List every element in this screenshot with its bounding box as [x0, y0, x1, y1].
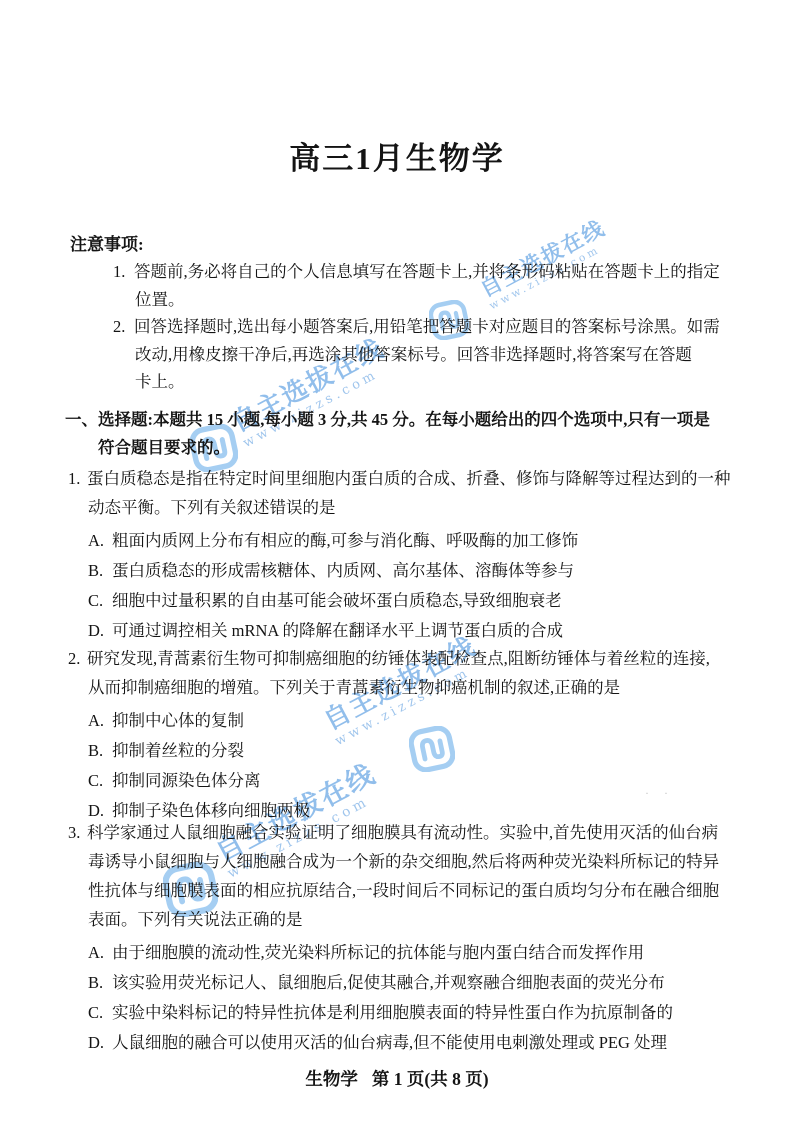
option-c: C.抑制同源染色体分离	[68, 766, 710, 796]
notice-item-2: 2.回答选择题时,选出每小题答案后,用铅笔把答题卡对应题目的答案标号涂黑。如需 …	[113, 313, 720, 396]
question-stem-line: 从而抑制癌细胞的增殖。下列关于青蒿素衍生物抑癌机制的叙述,正确的是	[68, 673, 710, 702]
notice-text: 改动,用橡皮擦干净后,再选涂其他答案标号。回答非选择题时,将答案写在答题	[113, 341, 720, 369]
option-label: B.	[88, 556, 112, 586]
section-line: 符合题目要求的。	[65, 434, 710, 462]
notice-line: 2.回答选择题时,选出每小题答案后,用铅笔把答题卡对应题目的答案标号涂黑。如需	[113, 313, 720, 341]
question-2: 2.研究发现,青蒿素衍生物可抑制癌细胞的纺锤体装配检查点,阻断纺锤体与着丝粒的连…	[68, 644, 710, 826]
question-stem-line: 3.科学家通过人鼠细胞融合实验证明了细胞膜具有流动性。实验中,首先使用灭活的仙台…	[68, 818, 719, 847]
exam-page: 自主选拔在线 www.zizzs.com 自主选拔在线 www.zizzs.co…	[0, 0, 794, 1123]
question-number: 2.	[68, 644, 87, 673]
option-text: 抑制中心体的复制	[112, 711, 244, 730]
option-label: C.	[88, 586, 112, 616]
question-stem-line: 2.研究发现,青蒿素衍生物可抑制癌细胞的纺锤体装配检查点,阻断纺锤体与着丝粒的连…	[68, 644, 710, 673]
option-a: A.粗面内质网上分布有相应的酶,可参与消化酶、呼吸酶的加工修饰	[68, 526, 731, 556]
option-text: 可通过调控相关 mRNA 的降解在翻译水平上调节蛋白质的合成	[112, 621, 563, 640]
notice-text: 答题前,务必将自己的个人信息填写在答题卡上,并将条形码粘贴在答题卡上的指定	[134, 262, 720, 281]
question-stem-line: 1.蛋白质稳态是指在特定时间里细胞内蛋白质的合成、折叠、修饰与降解等过程达到的一…	[68, 464, 731, 493]
option-text: 实验中染料标记的特异性抗体是利用细胞膜表面的特异性蛋白作为抗原制备的	[112, 1003, 673, 1022]
option-text: 蛋白质稳态的形成需核糖体、内质网、高尔基体、溶酶体等参与	[112, 561, 574, 580]
question-stem-line: 性抗体与细胞膜表面的相应抗原结合,一段时间后不同标记的蛋白质均匀分布在融合细胞	[68, 876, 719, 905]
question-stem-line: 表面。下列有关说法正确的是	[68, 905, 719, 934]
stem-text: 研究发现,青蒿素衍生物可抑制癌细胞的纺锤体装配检查点,阻断纺锤体与着丝粒的连接,	[87, 649, 710, 668]
section-line: 一、选择题:本题共 15 小题,每小题 3 分,共 45 分。在每小题给出的四个…	[65, 406, 710, 434]
option-b: B.该实验用荧光标记人、鼠细胞后,促使其融合,并观察融合细胞表面的荧光分布	[68, 968, 719, 998]
question-number: 1.	[68, 464, 87, 493]
notice-line: 1.答题前,务必将自己的个人信息填写在答题卡上,并将条形码粘贴在答题卡上的指定	[113, 258, 720, 286]
notice-text: 回答选择题时,选出每小题答案后,用铅笔把答题卡对应题目的答案标号涂黑。如需	[134, 317, 720, 336]
option-a: A.抑制中心体的复制	[68, 706, 710, 736]
option-text: 抑制同源染色体分离	[112, 771, 261, 790]
section-header: 一、选择题:本题共 15 小题,每小题 3 分,共 45 分。在每小题给出的四个…	[65, 406, 710, 461]
option-list: A.由于细胞膜的流动性,荧光染料所标记的抗体能与胞内蛋白结合而发挥作用 B.该实…	[68, 938, 719, 1058]
stem-text: 蛋白质稳态是指在特定时间里细胞内蛋白质的合成、折叠、修饰与降解等过程达到的一种	[87, 469, 731, 488]
option-list: A.粗面内质网上分布有相应的酶,可参与消化酶、呼吸酶的加工修饰 B.蛋白质稳态的…	[68, 526, 731, 646]
option-text: 抑制着丝粒的分裂	[112, 741, 244, 760]
option-d: D.人鼠细胞的融合可以使用灭活的仙台病毒,但不能使用电刺激处理或 PEG 处理	[68, 1028, 719, 1058]
option-label: B.	[88, 968, 112, 998]
option-text: 人鼠细胞的融合可以使用灭活的仙台病毒,但不能使用电刺激处理或 PEG 处理	[112, 1033, 667, 1052]
question-number: 3.	[68, 818, 87, 847]
page-footer: 生物学第 1 页(共 8 页)	[0, 1066, 794, 1091]
option-list: A.抑制中心体的复制 B.抑制着丝粒的分裂 C.抑制同源染色体分离 D.抑制子染…	[68, 706, 710, 826]
option-label: C.	[88, 766, 112, 796]
footer-page-info: 第 1 页(共 8 页)	[372, 1069, 489, 1089]
option-text: 由于细胞膜的流动性,荧光染料所标记的抗体能与胞内蛋白结合而发挥作用	[112, 943, 644, 962]
notice-item-number: 1.	[113, 258, 134, 286]
option-label: B.	[88, 736, 112, 766]
option-d: D.可通过调控相关 mRNA 的降解在翻译水平上调节蛋白质的合成	[68, 616, 731, 646]
notice-text: 位置。	[113, 286, 720, 314]
notice-heading: 注意事项:	[70, 230, 144, 255]
option-b: B.抑制着丝粒的分裂	[68, 736, 710, 766]
page-title: 高三1月生物学	[0, 133, 794, 178]
question-stem-line: 动态平衡。下列有关叙述错误的是	[68, 493, 731, 522]
option-label: D.	[88, 1028, 112, 1058]
option-text: 粗面内质网上分布有相应的酶,可参与消化酶、呼吸酶的加工修饰	[112, 531, 578, 550]
option-c: C.细胞中过量积累的自由基可能会破坏蛋白质稳态,导致细胞衰老	[68, 586, 731, 616]
notice-item-1: 1.答题前,务必将自己的个人信息填写在答题卡上,并将条形码粘贴在答题卡上的指定 …	[113, 258, 720, 313]
option-a: A.由于细胞膜的流动性,荧光染料所标记的抗体能与胞内蛋白结合而发挥作用	[68, 938, 719, 968]
option-label: A.	[88, 706, 112, 736]
stem-text: 科学家通过人鼠细胞融合实验证明了细胞膜具有流动性。实验中,首先使用灭活的仙台病	[87, 823, 718, 842]
option-b: B.蛋白质稳态的形成需核糖体、内质网、高尔基体、溶酶体等参与	[68, 556, 731, 586]
question-3: 3.科学家通过人鼠细胞融合实验证明了细胞膜具有流动性。实验中,首先使用灭活的仙台…	[68, 818, 719, 1058]
option-label: C.	[88, 998, 112, 1028]
option-c: C.实验中染料标记的特异性抗体是利用细胞膜表面的特异性蛋白作为抗原制备的	[68, 998, 719, 1028]
option-label: D.	[88, 616, 112, 646]
option-text: 细胞中过量积累的自由基可能会破坏蛋白质稳态,导致细胞衰老	[112, 591, 562, 610]
question-1: 1.蛋白质稳态是指在特定时间里细胞内蛋白质的合成、折叠、修饰与降解等过程达到的一…	[68, 464, 731, 646]
option-label: A.	[88, 526, 112, 556]
notice-text: 卡上。	[113, 368, 720, 396]
footer-subject: 生物学	[305, 1069, 358, 1089]
option-label: A.	[88, 938, 112, 968]
notice-item-number: 2.	[113, 313, 134, 341]
option-text: 该实验用荧光标记人、鼠细胞后,促使其融合,并观察融合细胞表面的荧光分布	[112, 973, 665, 992]
question-stem-line: 毒诱导小鼠细胞与人细胞融合成为一个新的杂交细胞,然后将两种荧光染料所标记的特异	[68, 847, 719, 876]
